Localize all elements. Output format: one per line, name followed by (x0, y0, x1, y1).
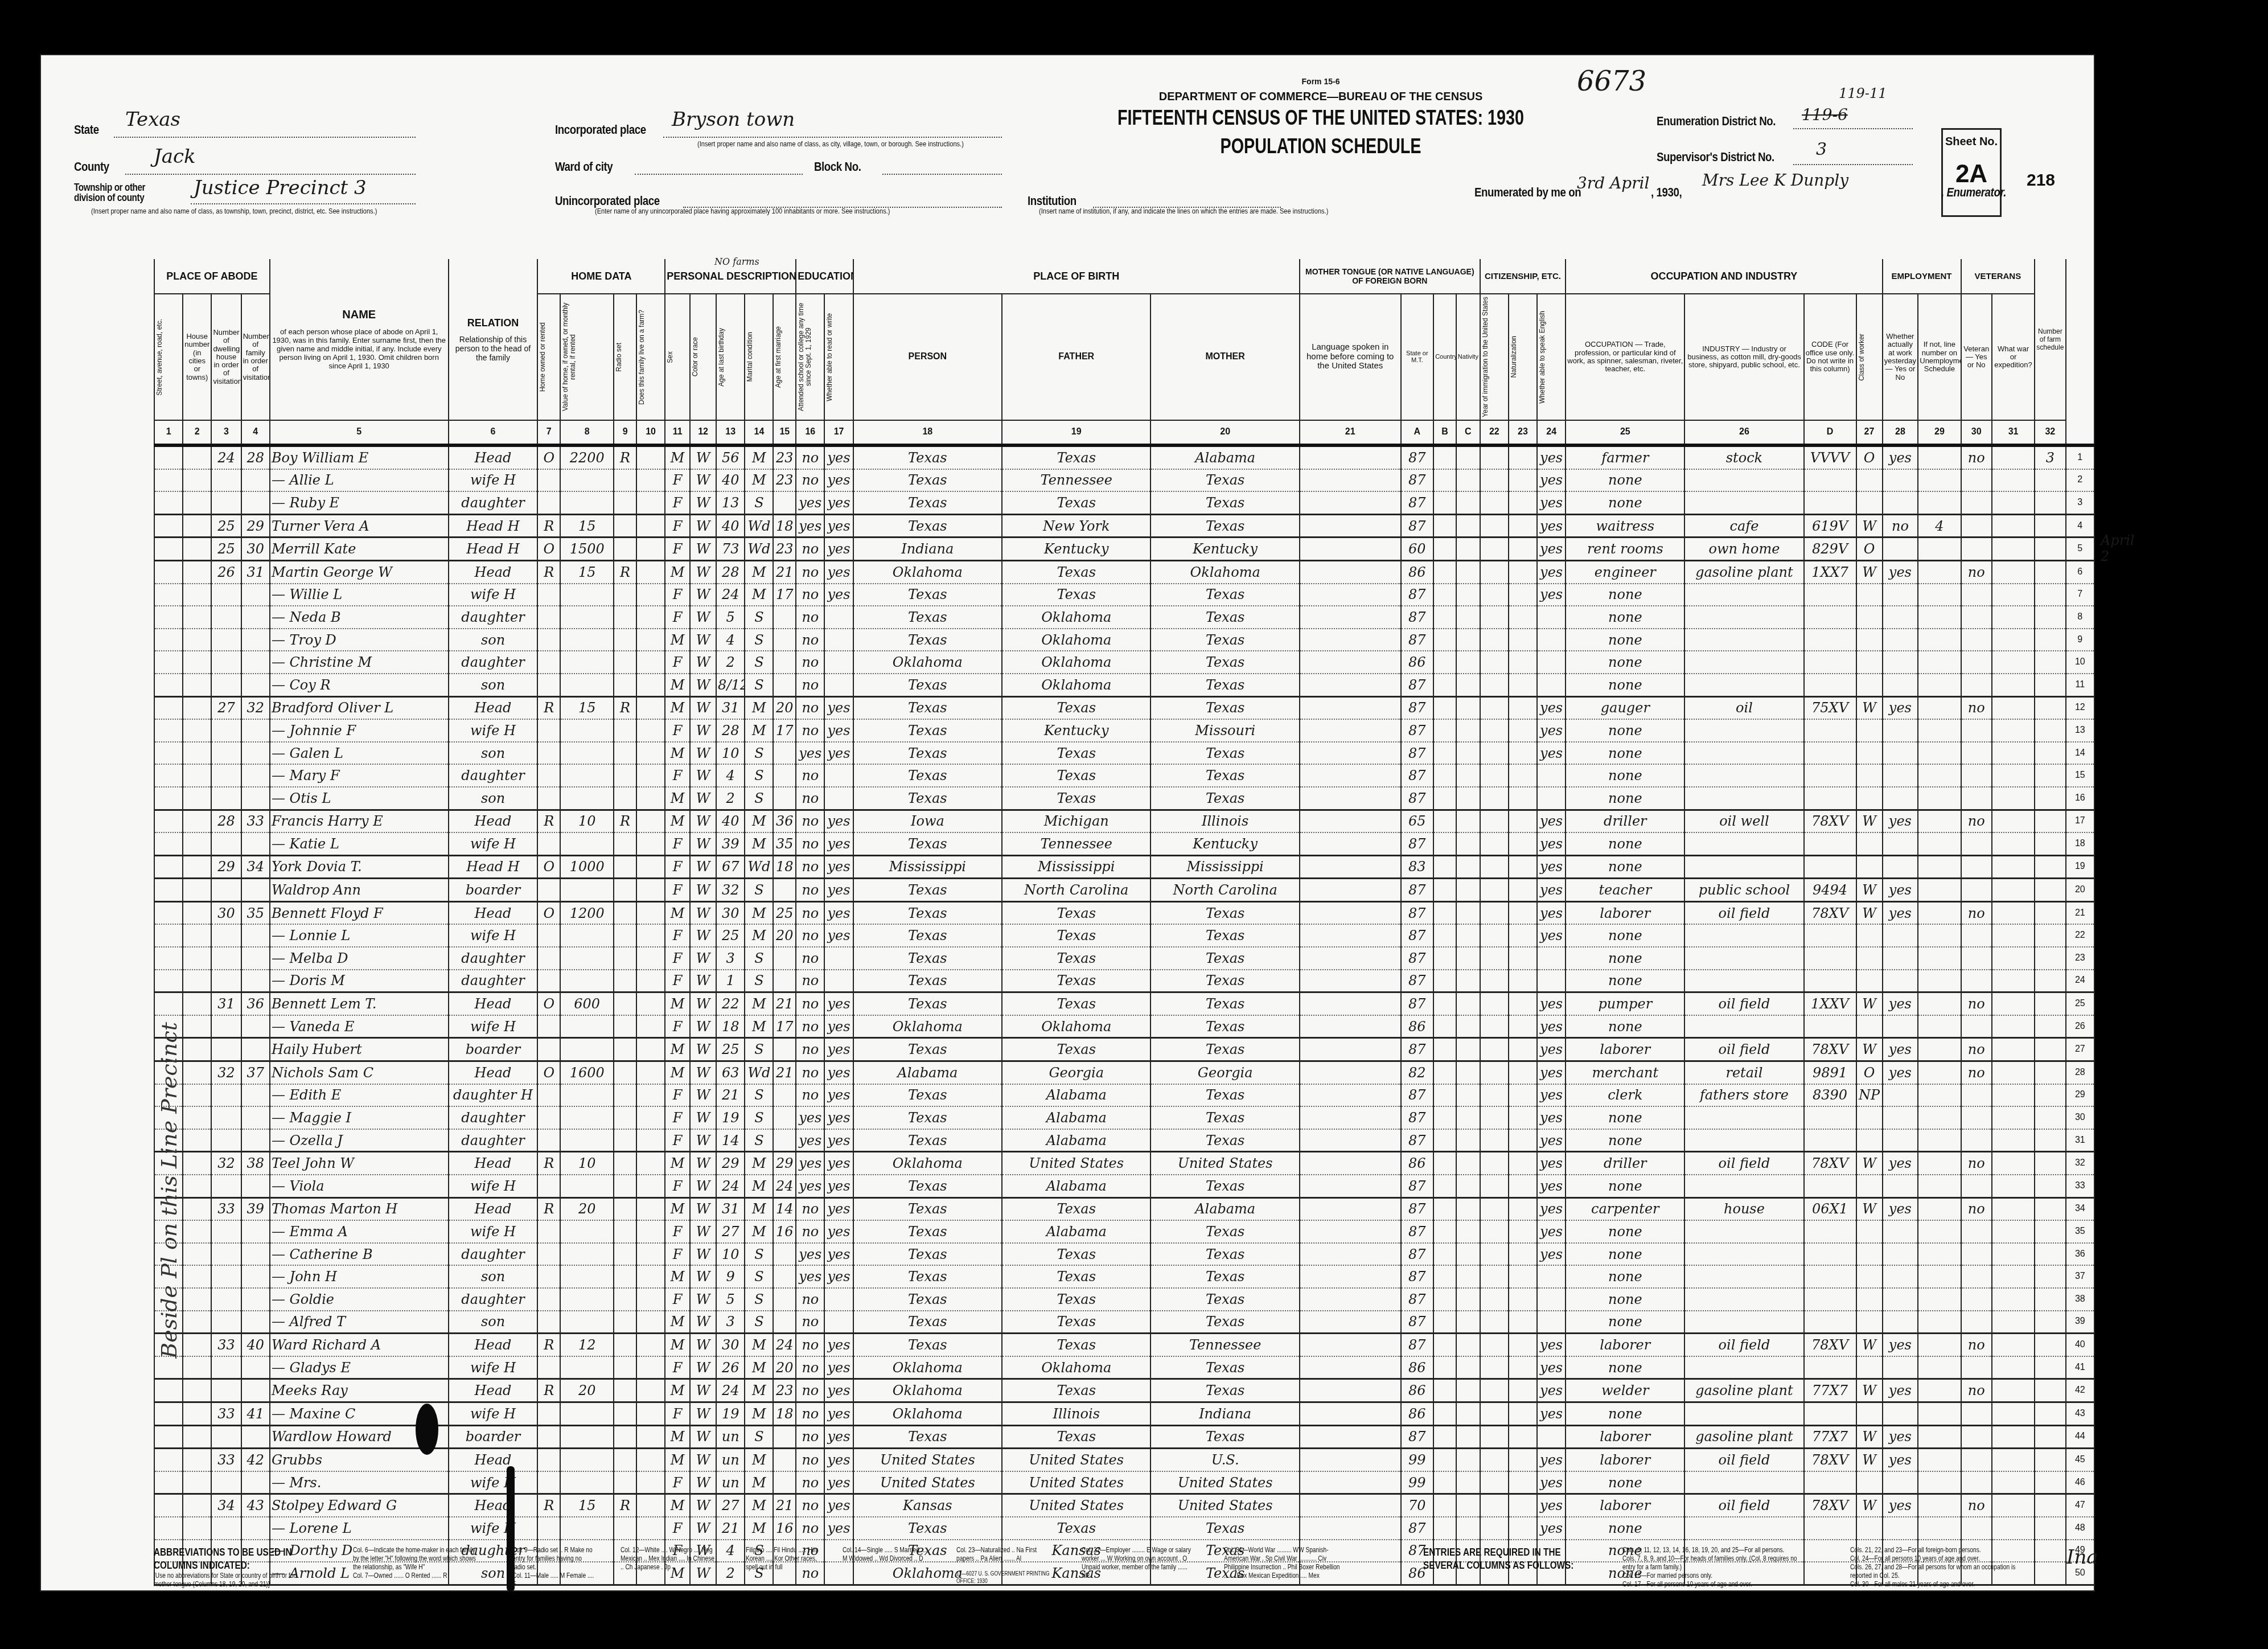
birthplace-person-cell: Texas (853, 514, 1002, 538)
family-number-cell (241, 742, 270, 765)
occupation-cell: none (1566, 764, 1684, 787)
street-cell (154, 924, 183, 947)
farm-schedule-cell (2035, 742, 2065, 765)
supervisor-district-label: Supervisor's District No. (1657, 150, 1774, 165)
sex-cell: F (665, 1288, 690, 1311)
farm-schedule-cell (2035, 719, 2065, 742)
class-of-worker-cell (1856, 1015, 1883, 1038)
farm-schedule-cell (2035, 832, 2065, 855)
col-15-header: Age at first marriage (773, 294, 796, 420)
age-first-marriage-cell: 16 (773, 1220, 796, 1243)
code-country-cell (1433, 879, 1456, 902)
home-tenure-cell (537, 584, 560, 606)
birthplace-person-cell: Indiana (853, 538, 1002, 561)
birthplace-father-cell: Alabama (1002, 1175, 1151, 1197)
home-value-cell: 20 (560, 1197, 614, 1220)
age-first-marriage-cell (773, 970, 796, 992)
code-country-cell (1433, 696, 1456, 719)
birthplace-person-cell: Iowa (853, 810, 1002, 832)
sex-cell: F (665, 491, 690, 514)
sex-cell: M (665, 1379, 690, 1402)
occupation-code-cell (1804, 1129, 1856, 1152)
radio-set-cell (614, 1129, 636, 1152)
marital-status-cell: S (745, 606, 773, 629)
immigration-year-cell (1480, 764, 1509, 787)
school-attendance-cell: no (796, 1220, 824, 1243)
marital-status-cell: M (745, 696, 773, 719)
marital-status-cell: S (745, 1106, 773, 1129)
abbrev-col11: Col. 11—Male ..... M Female .... F (512, 1572, 595, 1589)
sex-cell: F (665, 1084, 690, 1107)
birthplace-mother-cell: Texas (1151, 901, 1299, 924)
unemployment-line-cell (1918, 1220, 1961, 1243)
speaks-english-cell: yes (1537, 1106, 1566, 1129)
person-name-cell: — Vaneda E (270, 1015, 449, 1038)
table-row: — Doris MdaughterFW1SnoTexasTexasTexas87… (154, 970, 2094, 992)
entries-rule-7: Cols. 26, 27, and 28—For all persons for… (1850, 1563, 2024, 1580)
house-cell (183, 947, 211, 970)
printer-line: 11—6027 U. S. GOVERNMENT PRINTING OFFICE… (956, 1571, 1053, 1585)
col-20-header: MOTHER (1151, 294, 1299, 420)
home-value-cell: 1600 (560, 1061, 614, 1084)
at-work-cell: yes (1883, 901, 1918, 924)
speaks-english-cell (1537, 1265, 1566, 1288)
col-29-header: If not, line number on Unemployment Sche… (1918, 294, 1961, 420)
literacy-cell: yes (824, 1449, 853, 1471)
occupation-cell: gauger (1566, 696, 1684, 719)
institution-note: (Insert name of institution, if any, and… (1039, 207, 1328, 215)
school-attendance-cell: no (796, 1356, 824, 1379)
line-number-cell: 8 (2066, 606, 2094, 629)
unemployment-line-cell (1918, 1471, 1961, 1494)
at-work-cell (1883, 1265, 1918, 1288)
speaks-english-cell: yes (1537, 719, 1566, 742)
birthplace-father-cell: Texas (1002, 696, 1151, 719)
line-number-cell: 39 (2066, 1311, 2094, 1334)
col-17-header: Whether able to read or write (824, 294, 853, 420)
farm-schedule-cell (2035, 992, 2065, 1015)
birthplace-father-cell: Tennessee (1002, 832, 1151, 855)
line-number-cell: 34 (2066, 1197, 2094, 1220)
race-cell: W (690, 629, 716, 651)
marital-status-cell: S (745, 1129, 773, 1152)
birthplace-father-cell: United States (1002, 1152, 1151, 1175)
age-first-marriage-cell: 20 (773, 924, 796, 947)
family-number-cell (241, 584, 270, 606)
code-country-cell (1433, 832, 1456, 855)
home-value-cell: 600 (560, 992, 614, 1015)
home-value-cell (560, 606, 614, 629)
age-first-marriage-cell: 14 (773, 1197, 796, 1220)
speaks-english-cell: yes (1537, 491, 1566, 514)
family-number-cell (241, 606, 270, 629)
farm-schedule-cell (2035, 1265, 2065, 1288)
occupation-code-cell: 75XV (1804, 696, 1856, 719)
age-cell: 28 (716, 719, 745, 742)
table-row: Wardlow HowardboarderMWunSnoyesTexasTexa… (154, 1425, 2094, 1449)
at-work-cell: yes (1883, 810, 1918, 832)
unemployment-line-cell (1918, 1038, 1961, 1061)
school-attendance-cell: yes (796, 491, 824, 514)
relation-cell: wife H (449, 1517, 538, 1540)
code-nativity-cell (1456, 719, 1480, 742)
farm-schedule-cell (2035, 1379, 2065, 1402)
radio-set-cell (614, 538, 636, 561)
code-state-cell: 99 (1401, 1449, 1434, 1471)
radio-set-cell (614, 1265, 636, 1288)
at-work-cell (1883, 1175, 1918, 1197)
home-value-cell: 10 (560, 810, 614, 832)
farm-schedule-cell (2035, 1243, 2065, 1266)
relation-cell: wife H (449, 1471, 538, 1494)
entries-rule-4: Col. 17—For all persons 10 years of age … (1622, 1580, 1802, 1589)
naturalization-cell (1509, 924, 1537, 947)
person-name-cell: — Ruby E (270, 491, 449, 514)
table-row: 2934York Dovia T.Head HO1000FW67Wd18noye… (154, 855, 2094, 879)
code-nativity-cell (1456, 1311, 1480, 1334)
person-name-cell: Teel John W (270, 1152, 449, 1175)
census-sheet: State Texas County Jack Township or othe… (40, 54, 2095, 1591)
birthplace-mother-cell: Oklahoma (1151, 560, 1299, 583)
age-first-marriage-cell (773, 742, 796, 765)
relation-cell: Head (449, 810, 538, 832)
birthplace-father-cell: New York (1002, 514, 1151, 538)
at-work-cell (1883, 1015, 1918, 1038)
radio-set-cell (614, 1015, 636, 1038)
immigration-year-cell (1480, 810, 1509, 832)
naturalization-cell (1509, 1152, 1537, 1175)
age-first-marriage-cell (773, 1449, 796, 1471)
birthplace-person-cell: Texas (853, 787, 1002, 810)
class-of-worker-cell (1856, 832, 1883, 855)
class-of-worker-cell: W (1856, 992, 1883, 1015)
table-row: — Neda BdaughterFW5SnoTexasOklahomaTexas… (154, 606, 2094, 629)
code-country-cell (1433, 1356, 1456, 1379)
column-number: 18 (853, 420, 1002, 445)
form-number: Form 15-6 (1008, 77, 1634, 86)
enumerator-name: Mrs Lee K Dunply (1702, 171, 1848, 190)
occupation-code-cell (1804, 1175, 1856, 1197)
speaks-english-cell (1537, 1288, 1566, 1311)
school-attendance-cell: no (796, 719, 824, 742)
industry-cell (1684, 651, 1803, 674)
person-name-cell: Bennett Floyd F (270, 901, 449, 924)
home-tenure-cell (537, 832, 560, 855)
marital-status-cell: M (745, 1152, 773, 1175)
age-cell: 24 (716, 1379, 745, 1402)
code-country-cell (1433, 514, 1456, 538)
naturalization-cell (1509, 1243, 1537, 1266)
war-cell (1992, 584, 2035, 606)
home-tenure-cell: O (537, 901, 560, 924)
home-tenure-cell (537, 491, 560, 514)
industry-cell (1684, 674, 1803, 696)
marital-status-cell: M (745, 1402, 773, 1425)
occupation-cell: none (1566, 1175, 1684, 1197)
marital-status-cell: M (745, 992, 773, 1015)
street-cell (154, 514, 183, 538)
code-country-cell (1433, 742, 1456, 765)
school-attendance-cell: no (796, 1197, 824, 1220)
race-cell: W (690, 584, 716, 606)
family-number-cell (241, 1379, 270, 1402)
street-cell (154, 742, 183, 765)
age-cell: 32 (716, 879, 745, 902)
immigration-year-cell (1480, 1288, 1509, 1311)
mother-tongue-cell (1300, 810, 1401, 832)
occupation-code-cell (1804, 1471, 1856, 1494)
industry-cell: oil well (1684, 810, 1803, 832)
war-cell (1992, 1175, 2035, 1197)
enumeration-date: 3rd April (1577, 174, 1649, 192)
occupation-cell: teacher (1566, 879, 1684, 902)
literacy-cell (824, 1288, 853, 1311)
home-value-cell (560, 1243, 614, 1266)
occupation-cell: none (1566, 832, 1684, 855)
radio-set-cell (614, 901, 636, 924)
line-number-cell: 35 (2066, 1220, 2094, 1243)
marital-status-cell: M (745, 1494, 773, 1517)
race-cell: W (690, 651, 716, 674)
farm-schedule-cell (2035, 924, 2065, 947)
age-cell: 31 (716, 1197, 745, 1220)
sex-cell: F (665, 832, 690, 855)
column-number: 12 (690, 420, 716, 445)
sheet-number-label: Sheet No. (1943, 136, 2000, 149)
speaks-english-cell (1537, 947, 1566, 970)
age-first-marriage-cell: 20 (773, 1356, 796, 1379)
entries-rule-1: Cols. 6, 11, 12, 13, 14, 16, 18, 19, 20,… (1622, 1546, 1802, 1554)
veteran-cell (1961, 1517, 1992, 1540)
war-cell (1992, 924, 2035, 947)
house-cell (183, 696, 211, 719)
person-name-cell: — Neda B (270, 606, 449, 629)
line-number-cell: 7 (2066, 584, 2094, 606)
war-cell (1992, 810, 2035, 832)
code-nativity-cell (1456, 491, 1480, 514)
farm-residence-cell (636, 445, 665, 469)
race-cell: W (690, 1152, 716, 1175)
farm-schedule-cell (2035, 855, 2065, 879)
family-number-cell: 43 (241, 1494, 270, 1517)
code-nativity-cell (1456, 787, 1480, 810)
dwelling-number-cell: 25 (211, 538, 241, 561)
class-of-worker-cell (1856, 1220, 1883, 1243)
birthplace-father-cell: Texas (1002, 924, 1151, 947)
veteran-cell (1961, 469, 1992, 492)
radio-set-cell (614, 1175, 636, 1197)
line-number-cell: 3 (2066, 491, 2094, 514)
naturalization-cell (1509, 1288, 1537, 1311)
speaks-english-cell: yes (1537, 879, 1566, 902)
unemployment-line-cell (1918, 1334, 1961, 1356)
age-cell: 21 (716, 1084, 745, 1107)
col-5-desc: of each person whose place of abode on A… (272, 327, 447, 370)
at-work-cell (1883, 787, 1918, 810)
unemployment-line-cell (1918, 629, 1961, 651)
age-first-marriage-cell: 21 (773, 1494, 796, 1517)
at-work-cell (1883, 924, 1918, 947)
supervisor-district-value: 3 (1816, 140, 1827, 159)
code-state-cell: 65 (1401, 810, 1434, 832)
table-row: — Coy RsonMW8/12SnoTexasOklahomaTexas87n… (154, 674, 2094, 696)
birthplace-person-cell: Texas (853, 1220, 1002, 1243)
occupation-cell: clerk (1566, 1084, 1684, 1107)
home-tenure-cell (537, 1402, 560, 1425)
farm-residence-cell (636, 1402, 665, 1425)
veteran-cell: no (1961, 992, 1992, 1015)
birthplace-mother-cell: Texas (1151, 606, 1299, 629)
literacy-cell: yes (824, 901, 853, 924)
farm-schedule-cell (2035, 1129, 2065, 1152)
table-row: — Mary FdaughterFW4SnoTexasTexasTexas87n… (154, 764, 2094, 787)
occupation-cell: none (1566, 629, 1684, 651)
industry-cell (1684, 1517, 1803, 1540)
code-state-cell: 87 (1401, 992, 1434, 1015)
age-first-marriage-cell (773, 947, 796, 970)
immigration-year-cell (1480, 1038, 1509, 1061)
street-cell (154, 947, 183, 970)
sex-cell: F (665, 1356, 690, 1379)
birthplace-mother-cell: Texas (1151, 629, 1299, 651)
relation-cell: daughter (449, 1129, 538, 1152)
age-cell: un (716, 1425, 745, 1449)
birthplace-mother-cell: Texas (1151, 1129, 1299, 1152)
occupation-cell: driller (1566, 810, 1684, 832)
occupation-code-cell: 78XV (1804, 810, 1856, 832)
radio-set-cell (614, 764, 636, 787)
farm-schedule-cell (2035, 1356, 2065, 1379)
dwelling-number-cell: 27 (211, 696, 241, 719)
birthplace-father-cell: Texas (1002, 1334, 1151, 1356)
code-nativity-cell (1456, 1471, 1480, 1494)
abbrev-col14: Col. 14—Single ..... S Married .... M Wi… (843, 1546, 930, 1563)
line-number-cell: 6 (2066, 560, 2094, 583)
school-attendance-cell: yes (796, 1243, 824, 1266)
unemployment-line-cell (1918, 924, 1961, 947)
col-26-header: INDUSTRY — Industry or business, as cott… (1684, 294, 1803, 420)
dwelling-number-cell: 31 (211, 992, 241, 1015)
birthplace-person-cell: Texas (853, 696, 1002, 719)
literacy-cell (824, 629, 853, 651)
class-of-worker-cell (1856, 924, 1883, 947)
abbreviations-title: ABBREVIATIONS TO BE USED IN COLUMNS INDI… (154, 1546, 314, 1572)
dwelling-number-cell (211, 970, 241, 992)
house-cell (183, 1015, 211, 1038)
class-of-worker-cell (1856, 629, 1883, 651)
naturalization-cell (1509, 1494, 1537, 1517)
class-of-worker-cell: W (1856, 514, 1883, 538)
code-country-cell (1433, 1471, 1456, 1494)
radio-set-cell (614, 1038, 636, 1061)
radio-set-cell (614, 719, 636, 742)
farm-residence-cell (636, 901, 665, 924)
occupation-cell: none (1566, 674, 1684, 696)
page-number: 218 (2027, 171, 2055, 190)
line-number-cell: 45 (2066, 1449, 2094, 1471)
family-number-cell (241, 1129, 270, 1152)
person-name-cell: Haily Hubert (270, 1038, 449, 1061)
code-state-cell: 86 (1401, 1015, 1434, 1038)
farm-residence-cell (636, 1334, 665, 1356)
family-number-cell: 41 (241, 1402, 270, 1425)
literacy-cell: yes (824, 1494, 853, 1517)
house-cell (183, 1517, 211, 1540)
dwelling-number-cell (211, 584, 241, 606)
age-first-marriage-cell: 21 (773, 560, 796, 583)
relation-cell: daughter (449, 1243, 538, 1266)
war-cell (1992, 629, 2035, 651)
marital-status-cell: S (745, 764, 773, 787)
age-first-marriage-cell (773, 1129, 796, 1152)
unincorporated-note: (Enter name of any unincorporated place … (595, 207, 890, 215)
age-first-marriage-cell (773, 1038, 796, 1061)
marital-status-cell: M (745, 810, 773, 832)
occupation-cell: none (1566, 924, 1684, 947)
industry-cell: fathers store (1684, 1084, 1803, 1107)
speaks-english-cell: yes (1537, 1061, 1566, 1084)
incorporated-place-value: Bryson town (672, 108, 795, 131)
at-work-cell (1883, 742, 1918, 765)
birthplace-mother-cell: Illinois (1151, 810, 1299, 832)
relation-cell: Head (449, 560, 538, 583)
home-tenure-cell (537, 1015, 560, 1038)
code-country-cell (1433, 1265, 1456, 1288)
street-cell (154, 674, 183, 696)
dwelling-number-cell (211, 1356, 241, 1379)
unemployment-line-cell (1918, 742, 1961, 765)
race-cell: W (690, 1288, 716, 1311)
street-cell (154, 584, 183, 606)
immigration-year-cell (1480, 1449, 1509, 1471)
speaks-english-cell: yes (1537, 1449, 1566, 1471)
birthplace-person-cell: Texas (853, 1084, 1002, 1107)
home-tenure-cell (537, 879, 560, 902)
occupation-cell: none (1566, 742, 1684, 765)
immigration-year-cell (1480, 445, 1509, 469)
table-row: — Willie Lwife HFW24M17noyesTexasTexasTe… (154, 584, 2094, 606)
table-row: — Catherine BdaughterFW10SyesyesTexasTex… (154, 1243, 2094, 1266)
birthplace-mother-cell: Texas (1151, 469, 1299, 492)
family-number-cell: 36 (241, 992, 270, 1015)
line-number-cell: 29 (2066, 1084, 2094, 1107)
home-tenure-cell (537, 742, 560, 765)
code-country-cell (1433, 719, 1456, 742)
person-name-cell: Boy William E (270, 445, 449, 469)
farm-residence-cell (636, 584, 665, 606)
family-number-cell (241, 1106, 270, 1129)
birthplace-person-cell: Texas (853, 832, 1002, 855)
relation-cell: wife H (449, 719, 538, 742)
line-number-cell: 15 (2066, 764, 2094, 787)
marital-status-cell: M (745, 1175, 773, 1197)
table-row: — Christine MdaughterFW2SnoOklahomaOklah… (154, 651, 2094, 674)
house-cell (183, 1402, 211, 1425)
col-21-header: Language spoken in home before coming to… (1300, 294, 1401, 420)
birthplace-mother-cell: Texas (1151, 1220, 1299, 1243)
birthplace-father-cell: United States (1002, 1494, 1151, 1517)
table-row: — Vaneda Ewife HFW18M17noyesOklahomaOkla… (154, 1015, 2094, 1038)
relation-cell: Head (449, 1449, 538, 1471)
school-attendance-cell: yes (796, 1129, 824, 1152)
speaks-english-cell: yes (1537, 1129, 1566, 1152)
dwelling-number-cell (211, 629, 241, 651)
home-value-cell (560, 1425, 614, 1449)
table-row: Waldrop AnnboarderFW32SnoyesTexasNorth C… (154, 879, 2094, 902)
age-cell: 24 (716, 584, 745, 606)
farm-schedule-cell (2035, 538, 2065, 561)
line-number-cell: 27 (2066, 1038, 2094, 1061)
